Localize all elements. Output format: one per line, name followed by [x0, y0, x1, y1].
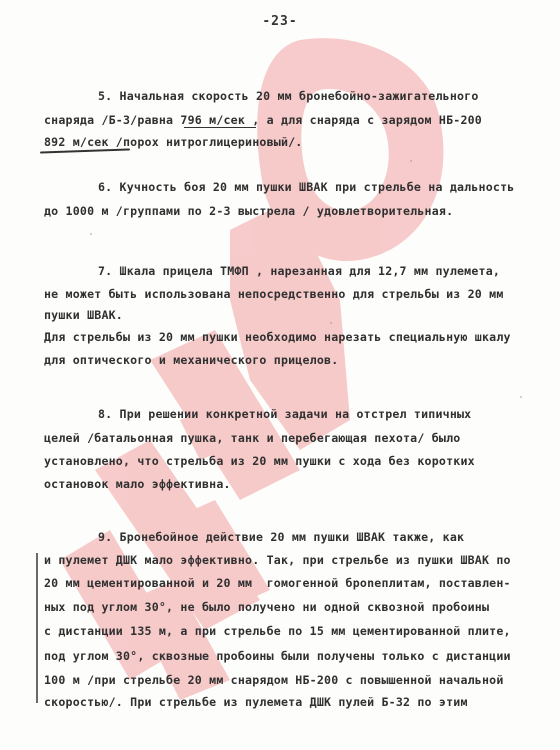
paper-speck	[520, 396, 522, 398]
paragraph-8-line-3: установлено, что стрельба из 20 мм пушки…	[44, 454, 475, 468]
paragraph-5-line-3: 892 м/сек /порох нитроглицериновый/.	[44, 135, 302, 149]
paragraph-9-line-7: 100 м /при стрельбе 20 мм снарядом НБ-20…	[44, 673, 504, 687]
paragraph-9-line-2: и пулемет ДШК мало эффективно. Так, при …	[44, 553, 511, 567]
paragraph-6-line-1: 6. Кучность боя 20 мм пушки ШВАК при стр…	[98, 180, 514, 194]
paragraph-9-line-1: 9. Бронебойное действие 20 мм пушки ШВАК…	[98, 530, 464, 544]
paragraph-7-line-3: пушки ШВАК.	[44, 308, 123, 322]
paragraph-6-line-2: до 1000 м /группами по 2-3 выстрела / уд…	[44, 204, 453, 218]
margin-annotation-line	[36, 553, 38, 703]
paragraph-7-line-2: не может быть использована непосредствен…	[44, 287, 504, 301]
paragraph-9-line-3: 20 мм цементированной и 20 мм гомогенной…	[44, 576, 511, 590]
paragraph-9-line-5: с дистанции 135 м, а при стрельбе по 15 …	[44, 624, 511, 638]
paragraph-8-line-1: 8. При решении конкретной задачи на отст…	[98, 407, 471, 421]
underline-mark	[40, 148, 130, 153]
paragraph-5-line-2: снаряда /Б-3/равна 796 м/сек , а для сна…	[44, 113, 482, 127]
paragraph-7-line-5: для оптического и механического прицелов…	[44, 353, 338, 367]
paragraph-8-line-2: целей /батальонная пушка, танк и перебег…	[44, 431, 460, 445]
document-page: -23- 5. Начальная скорость 20 мм бронебо…	[0, 0, 560, 750]
paragraph-9-line-4: ных под углом 30°, не было получено ни о…	[44, 600, 489, 614]
paragraph-7-line-1: 7. Шкала прицела ТМФП , нарезанная для 1…	[98, 264, 500, 278]
paragraph-9-line-6: под углом 30°, сквозные пробоины были по…	[44, 649, 511, 663]
document-content: -23- 5. Начальная скорость 20 мм бронебо…	[0, 0, 560, 750]
paper-speck	[90, 233, 92, 235]
paragraph-5-line-1: 5. Начальная скорость 20 мм бронебойно-з…	[98, 89, 479, 103]
paragraph-7-line-4: Для стрельбы из 20 мм пушки необходимо н…	[44, 330, 511, 344]
paper-speck	[410, 160, 412, 162]
page-number: -23-	[0, 14, 560, 29]
paragraph-9-line-8: скоростью/. При стрельбе из пулемета ДШК…	[44, 695, 468, 709]
paper-speck	[330, 322, 332, 324]
underline-mark	[184, 127, 256, 128]
paragraph-8-line-4: остановок мало эффективна.	[44, 477, 231, 491]
